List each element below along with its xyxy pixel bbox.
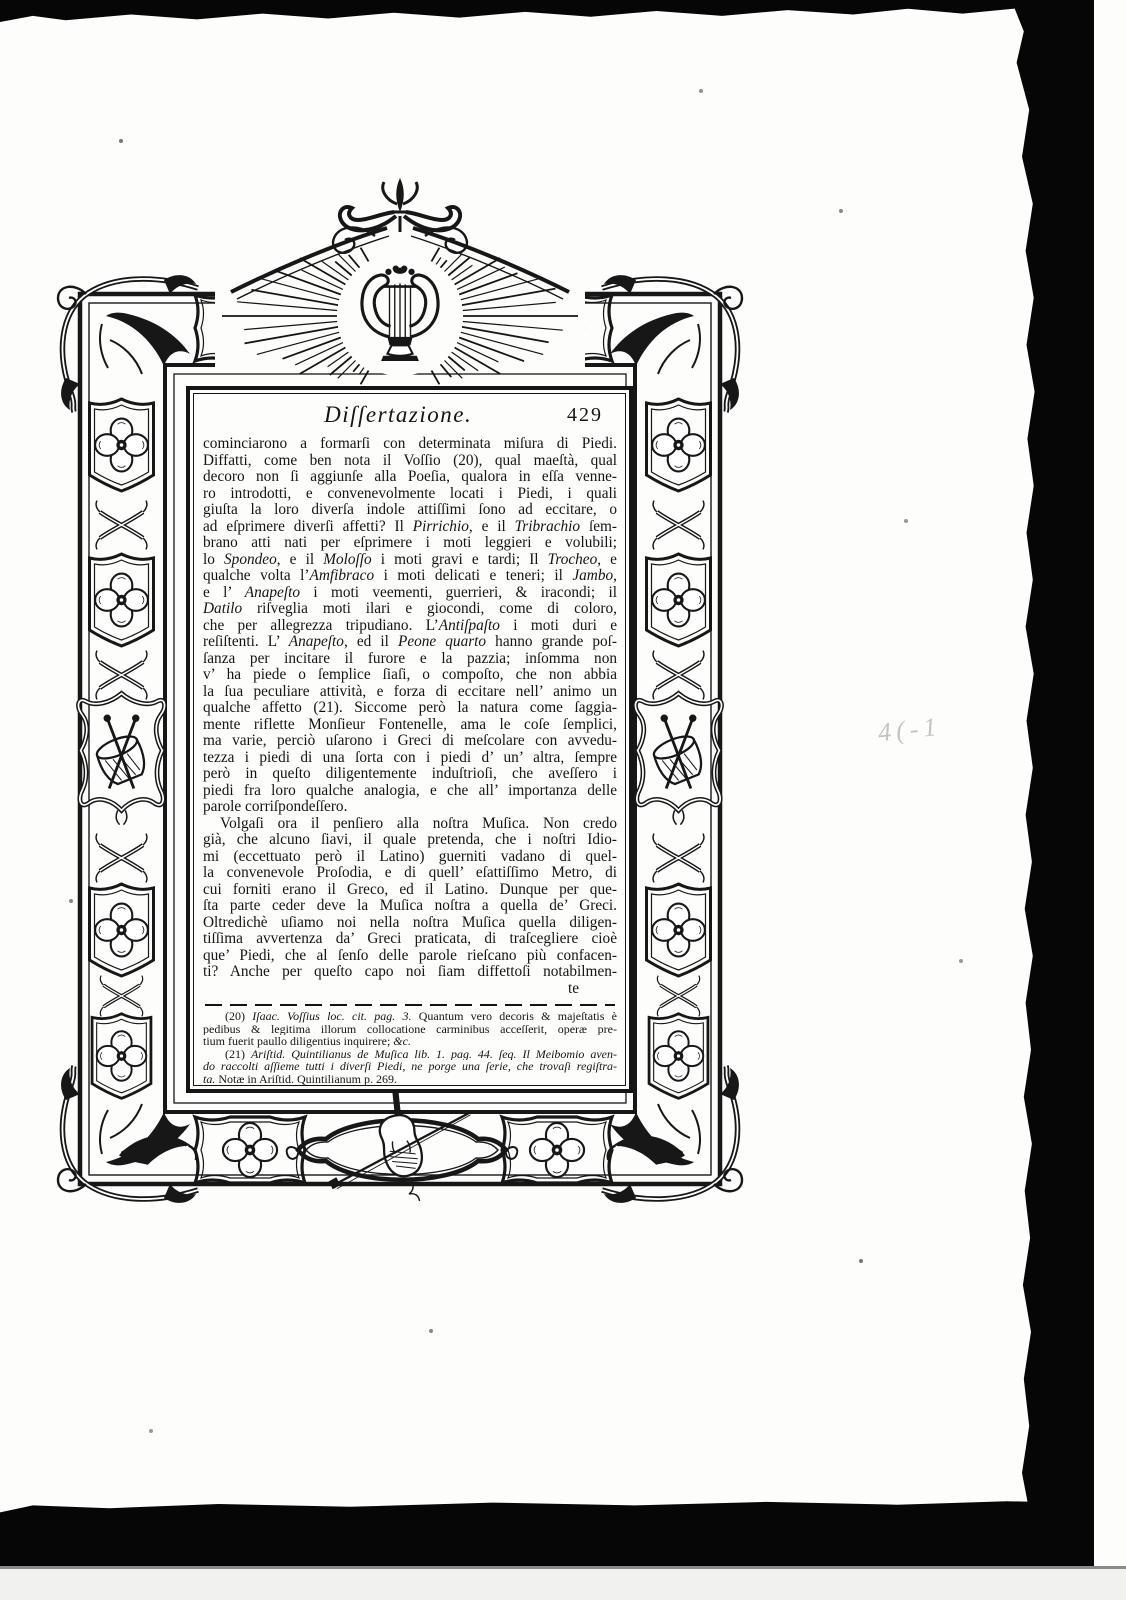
running-title: Diſſertazione. (324, 402, 472, 428)
rosette-icon (530, 1123, 584, 1177)
crossed-ribbon-icon (100, 976, 142, 1017)
catchword: te (203, 981, 617, 997)
crossed-ribbon-icon (96, 834, 147, 883)
crossed-ribbon-icon (657, 976, 699, 1017)
acanthus-sprig-icon (119, 1135, 196, 1164)
drum-icon (635, 694, 721, 825)
text-frame-inner-rule: Diſſertazione. 429 cominciarono a formar… (193, 393, 626, 1086)
drum-icon (78, 694, 164, 825)
rosette-icon (95, 419, 148, 472)
rosette-icon (652, 904, 705, 957)
body-text: cominciarono a formarſi con determinata … (203, 436, 617, 981)
rosette-icon (223, 1123, 277, 1177)
lyre-sunburst-crest (215, 178, 585, 384)
page-number: 429 (567, 404, 603, 427)
left-band-ornaments (78, 399, 164, 1098)
scan-top-edge (0, 0, 1094, 22)
page-header: Diſſertazione. 429 (203, 402, 617, 434)
handwritten-annotation: 4(-1 (877, 712, 943, 748)
rosette-icon (652, 419, 705, 472)
crossed-ribbon-icon (653, 834, 704, 883)
scan-bottom-edge (0, 1497, 1094, 1567)
book-gutter-shadow (1004, 0, 1094, 1567)
footnotes: (20) Iſaac. Voſſius loc. cit. pag. 3. Qu… (203, 1010, 617, 1085)
scan-bottom-margin (0, 1569, 1126, 1600)
acanthus-sprig-icon (608, 1135, 685, 1164)
crossed-ribbon-icon (653, 501, 704, 550)
rosette-icon (95, 904, 148, 957)
rosette-icon (95, 574, 148, 627)
scan-noise-specks (0, 0, 2, 2)
scanned-book-page: Diſſertazione. 429 cominciarono a formar… (0, 0, 1126, 1600)
crossed-ribbon-icon (96, 501, 147, 550)
text-frame: Diſſertazione. 429 cominciarono a formar… (186, 386, 633, 1093)
footnote-rule (205, 1004, 615, 1007)
rosette-icon (652, 574, 705, 627)
rosette-icon (97, 1031, 147, 1081)
rosette-icon (654, 1031, 704, 1081)
crest-icon (340, 178, 460, 232)
right-band-ornaments (635, 399, 721, 1098)
